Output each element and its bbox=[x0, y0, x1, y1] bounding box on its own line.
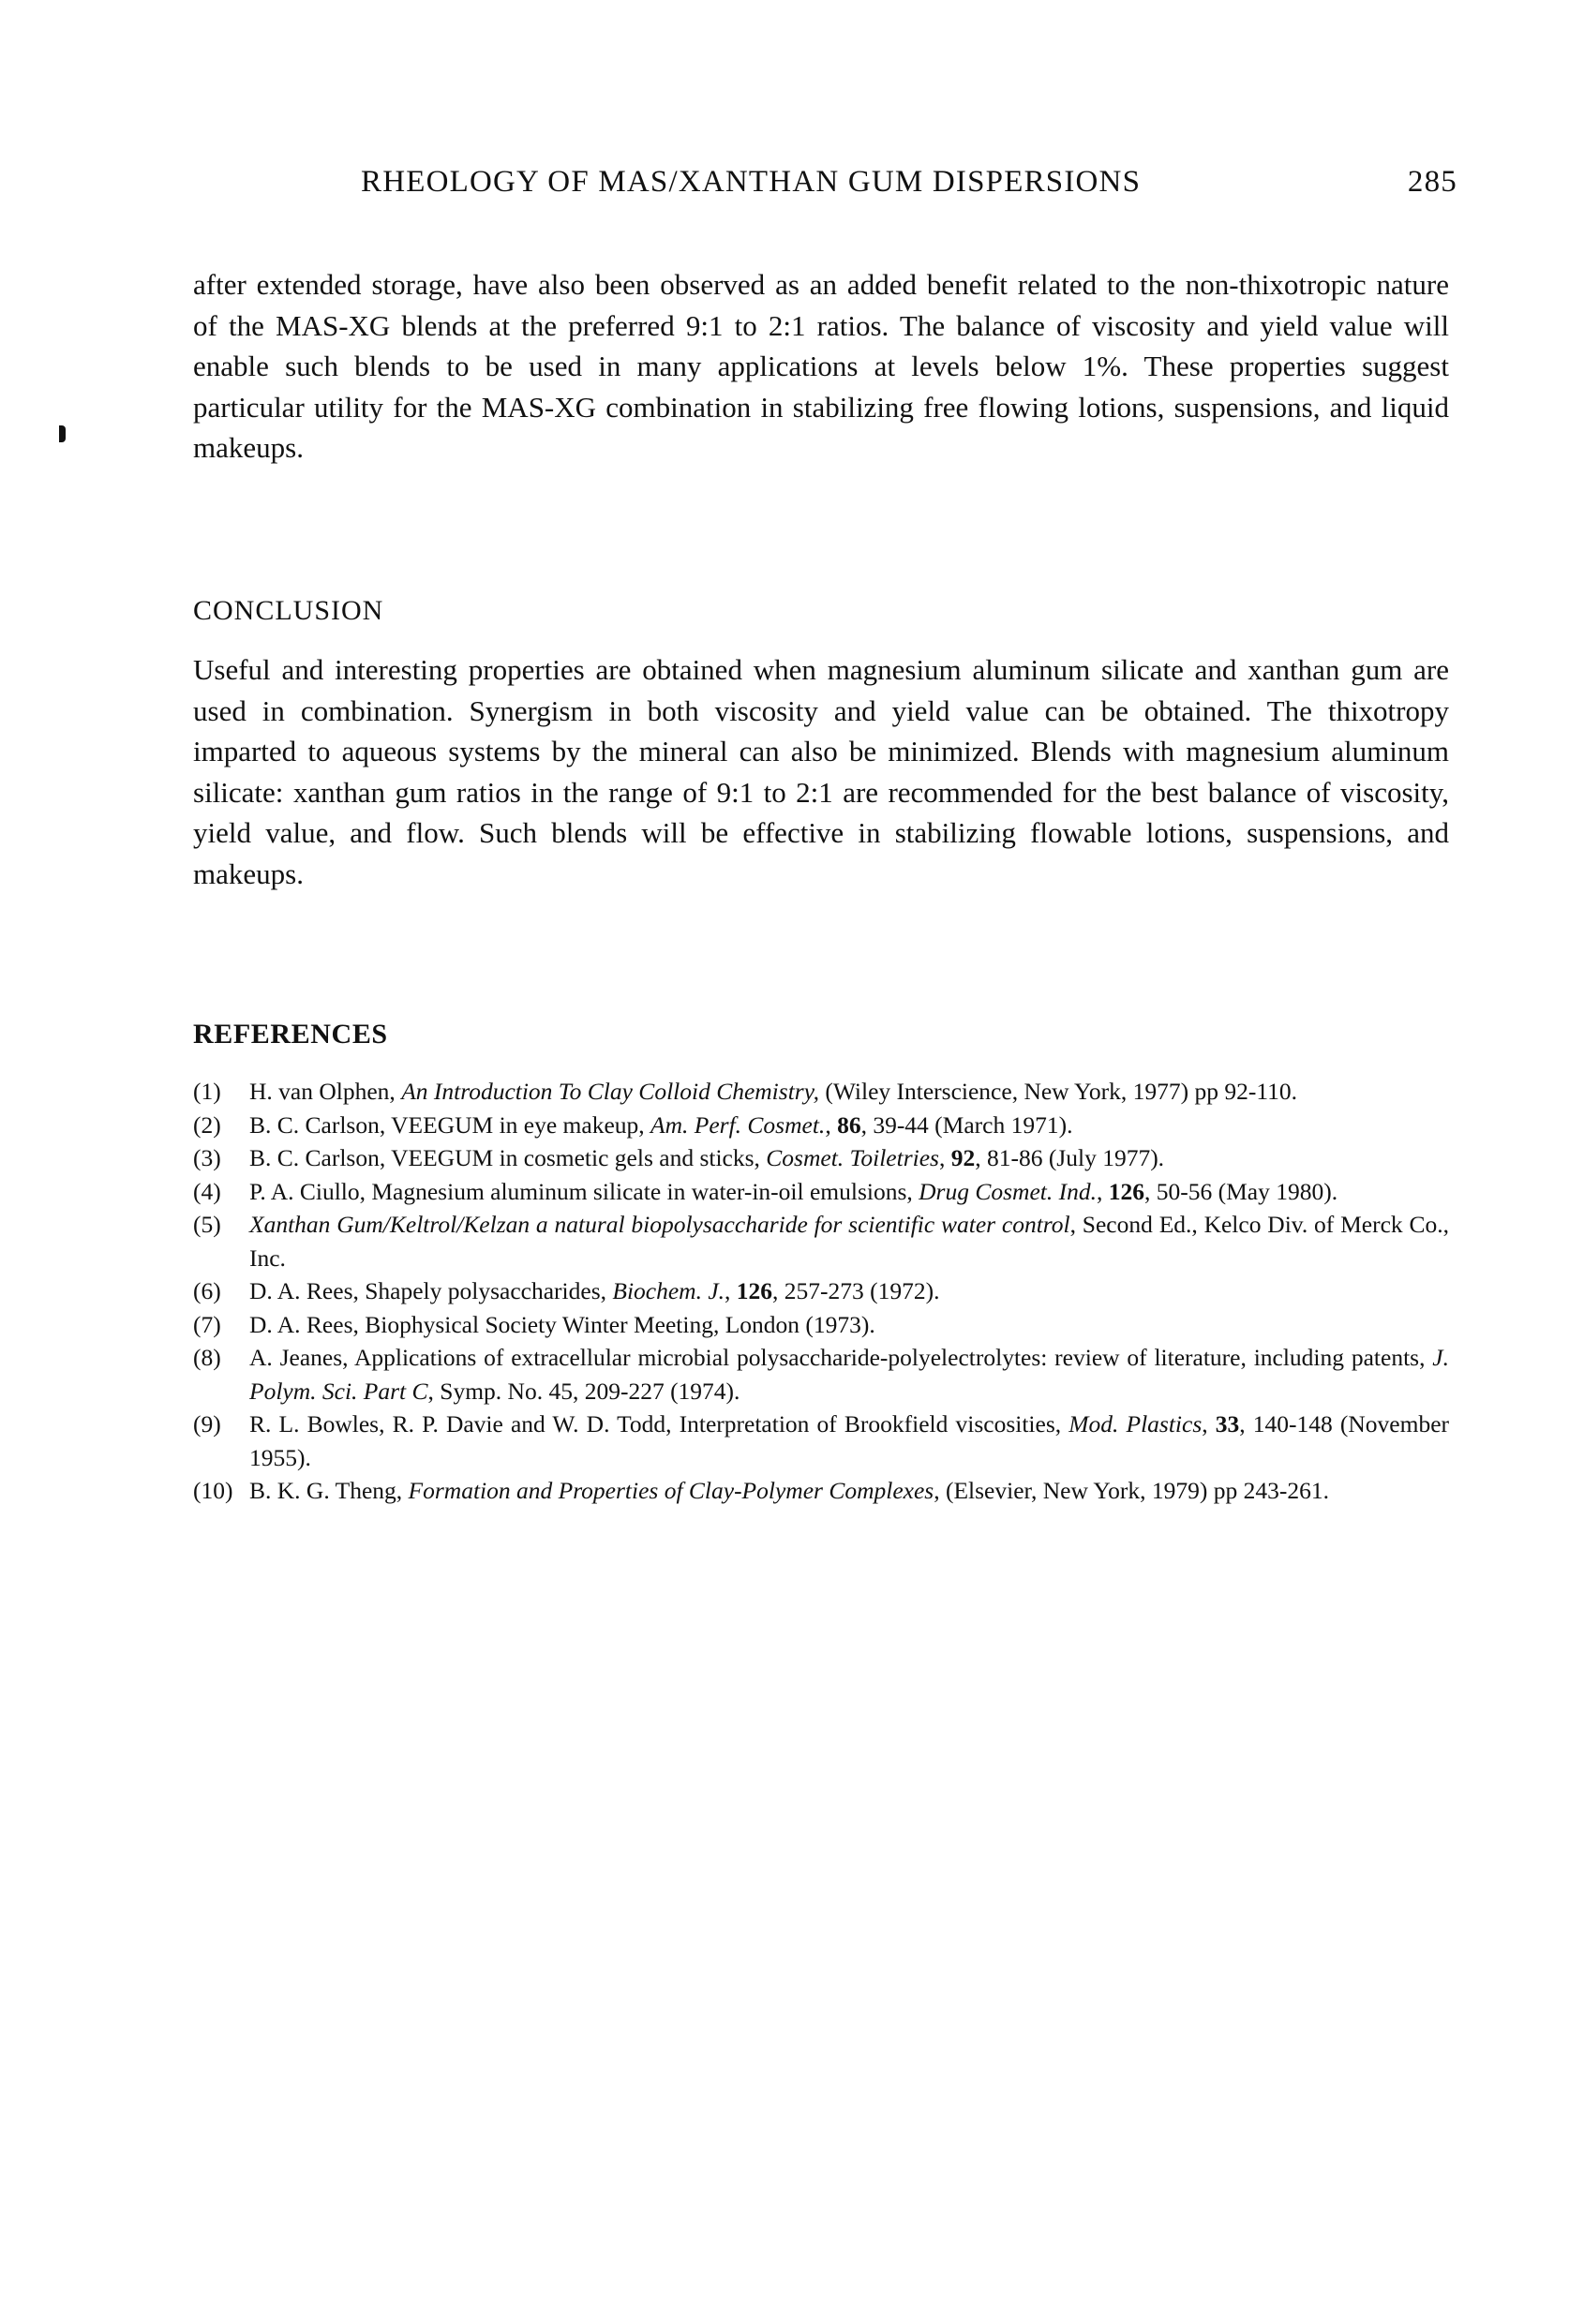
reference-text-segment: , bbox=[825, 1111, 837, 1139]
margin-mark bbox=[59, 425, 66, 442]
body-paragraph: after extended storage, have also been o… bbox=[193, 264, 1449, 469]
reference-item: (7)D. A. Rees, Biophysical Society Winte… bbox=[193, 1308, 1449, 1342]
reference-item: (10)B. K. G. Theng, Formation and Proper… bbox=[193, 1474, 1449, 1508]
reference-item: (1)H. van Olphen, An Introduction To Cla… bbox=[193, 1075, 1449, 1109]
conclusion-paragraph: Useful and interesting properties are ob… bbox=[193, 649, 1449, 894]
reference-text-segment: Xanthan Gum/Keltrol/Kelzan a natural bio… bbox=[249, 1211, 1070, 1238]
reference-number: (4) bbox=[193, 1175, 242, 1209]
reference-text-segment: B. C. Carlson, VEEGUM in cosmetic gels a… bbox=[249, 1144, 766, 1171]
reference-text-segment: , 81-86 (July 1977). bbox=[975, 1144, 1164, 1171]
reference-text-segment: Formation and Properties of Clay-Polymer… bbox=[409, 1477, 934, 1504]
reference-text-segment: , bbox=[1202, 1410, 1216, 1438]
reference-text-segment: P. A. Ciullo, Magnesium aluminum silicat… bbox=[249, 1178, 919, 1205]
reference-text-segment: 126 bbox=[737, 1277, 772, 1304]
reference-list: (1)H. van Olphen, An Introduction To Cla… bbox=[193, 1075, 1449, 1508]
reference-text-segment: B. C. Carlson, VEEGUM in eye makeup, bbox=[249, 1111, 650, 1139]
reference-item: (6)D. A. Rees, Shapely polysaccharides, … bbox=[193, 1274, 1449, 1308]
running-head: RHEOLOGY OF MAS/XANTHAN GUM DISPERSIONS … bbox=[361, 161, 1457, 202]
reference-text-segment: 33 bbox=[1216, 1410, 1240, 1438]
reference-number: (8) bbox=[193, 1341, 242, 1375]
references-heading: REFERENCES bbox=[193, 1016, 388, 1053]
reference-text-segment: (Wiley Interscience, New York, 1977) pp … bbox=[819, 1078, 1297, 1105]
reference-number: (2) bbox=[193, 1109, 242, 1142]
reference-number: (3) bbox=[193, 1141, 242, 1175]
reference-item: (2)B. C. Carlson, VEEGUM in eye makeup, … bbox=[193, 1109, 1449, 1142]
reference-text-segment: An Introduction To Clay Colloid Chemistr… bbox=[401, 1078, 819, 1105]
reference-text-segment: , (Elsevier, New York, 1979) pp 243-261. bbox=[934, 1477, 1329, 1504]
reference-text-segment: 92 bbox=[951, 1144, 976, 1171]
reference-text-segment: , 50-56 (May 1980). bbox=[1144, 1178, 1337, 1205]
reference-text-segment: Cosmet. Toiletries bbox=[766, 1144, 939, 1171]
running-head-title: RHEOLOGY OF MAS/XANTHAN GUM DISPERSIONS bbox=[361, 161, 1141, 202]
reference-text-segment: H. van Olphen, bbox=[249, 1078, 401, 1105]
reference-text-segment: , Symp. No. 45, 209-227 (1974). bbox=[428, 1378, 740, 1405]
reference-text-segment: , bbox=[939, 1144, 951, 1171]
page-number: 285 bbox=[1408, 161, 1457, 202]
reference-text-segment: R. L. Bowles, R. P. Davie and W. D. Todd… bbox=[249, 1410, 1068, 1438]
reference-item: (4)P. A. Ciullo, Magnesium aluminum sili… bbox=[193, 1175, 1449, 1209]
reference-item: (8)A. Jeanes, Applications of extracellu… bbox=[193, 1341, 1449, 1408]
reference-number: (6) bbox=[193, 1274, 242, 1308]
reference-text-segment: Am. Perf. Cosmet. bbox=[650, 1111, 825, 1139]
reference-text-segment: Biochem. J. bbox=[612, 1277, 725, 1304]
reference-text-segment: , bbox=[725, 1277, 737, 1304]
reference-text-segment: , 257-273 (1972). bbox=[772, 1277, 939, 1304]
reference-text-segment: 126 bbox=[1109, 1178, 1144, 1205]
reference-text-segment: D. A. Rees, Biophysical Society Winter M… bbox=[249, 1311, 875, 1338]
reference-number: (9) bbox=[193, 1408, 242, 1441]
reference-text-segment: Mod. Plastics bbox=[1068, 1410, 1202, 1438]
reference-number: (5) bbox=[193, 1208, 242, 1242]
reference-number: (1) bbox=[193, 1075, 242, 1109]
reference-number: (10) bbox=[193, 1474, 242, 1508]
reference-text-segment: D. A. Rees, Shapely polysaccharides, bbox=[249, 1277, 612, 1304]
reference-text-segment: A. Jeanes, Applications of extracellular… bbox=[249, 1344, 1432, 1371]
reference-number: (7) bbox=[193, 1308, 242, 1342]
reference-text-segment: , bbox=[1097, 1178, 1109, 1205]
reference-text-segment: B. K. G. Theng, bbox=[249, 1477, 409, 1504]
reference-text-segment: , 39-44 (March 1971). bbox=[861, 1111, 1073, 1139]
reference-text-segment: 86 bbox=[837, 1111, 861, 1139]
conclusion-heading: CONCLUSION bbox=[193, 592, 383, 630]
reference-item: (9)R. L. Bowles, R. P. Davie and W. D. T… bbox=[193, 1408, 1449, 1474]
reference-item: (5)Xanthan Gum/Keltrol/Kelzan a natural … bbox=[193, 1208, 1449, 1274]
reference-item: (3)B. C. Carlson, VEEGUM in cosmetic gel… bbox=[193, 1141, 1449, 1175]
reference-text-segment: Drug Cosmet. Ind. bbox=[919, 1178, 1097, 1205]
